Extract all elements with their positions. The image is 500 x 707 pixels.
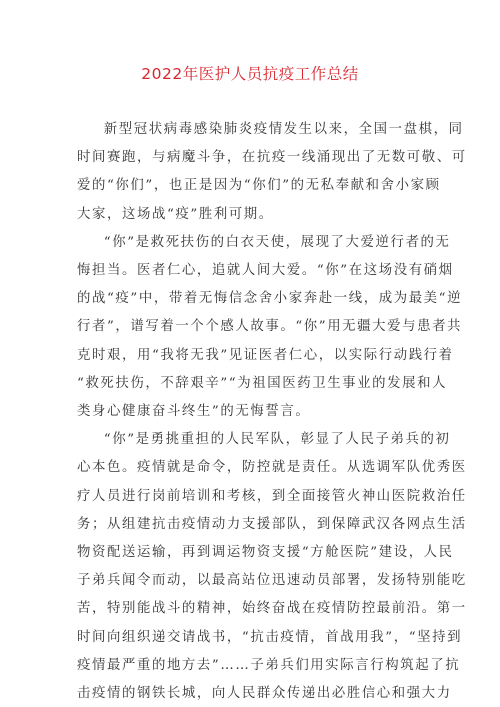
- text-line: 类身心健康奋斗终生”的无悔誓言。: [77, 398, 423, 426]
- text-line: 行者”，谱写着一个个感人故事。“你”用无疆大爱与患者共: [77, 313, 423, 341]
- text-line: 务；从组建抗击疫情动力支援部队，到保障武汉各网点生活: [77, 511, 423, 539]
- text-line: 疫情最严重的地方去”……子弟兵们用实际言行构筑起了抗: [77, 652, 423, 680]
- text-line: 疗人员进行岗前培训和考核，到全面接管火神山医院救治任: [77, 483, 423, 511]
- text-line: “你”是救死扶伤的白衣天使，展现了大爱逆行者的无: [77, 229, 423, 257]
- document-title: 2022年医护人员抗疫工作总结: [0, 63, 500, 85]
- text-line: 爱的“你们”，也正是因为“你们”的无私奉献和舍小家顾: [77, 172, 423, 200]
- text-line: 苦，特别能战斗的精神，始终奋战在疫情防控最前沿。第一: [77, 595, 423, 623]
- paragraph-medical-staff: “你”是救死扶伤的白衣天使，展现了大爱逆行者的无 悔担当。医者仁心，追就人间大爱…: [77, 229, 423, 426]
- text-line: 击疫情的钢铁长城，向人民群众传递出必胜信心和强大力: [77, 680, 423, 707]
- text-line: 克时艰，用“我将无我”见证医者仁心，以实际行动践行着: [77, 342, 423, 370]
- text-line: 的战“疫”中，带着无悔信念舍小家奔赴一线，成为最美“逆: [77, 285, 423, 313]
- text-line: 心本色。疫情就是命令，防控就是责任。从选调军队优秀医: [77, 454, 423, 482]
- text-line: 物资配送运输，再到调运物资支援“方舱医院”建设，人民: [77, 539, 423, 567]
- text-line: 新型冠状病毒感染肺炎疫情发生以来，全国一盘棋，同: [77, 116, 423, 144]
- text-line: 子弟兵闻令而动，以最高站位迅速动员部署，发扬特别能吃: [77, 567, 423, 595]
- text-line: 时间赛跑，与病魔斗争，在抗疫一线涌现出了无数可敬、可: [77, 144, 423, 172]
- text-line: 悔担当。医者仁心，追就人间大爱。“你”在这场没有硝烟: [77, 257, 423, 285]
- text-line: 时间向组织递交请战书，“抗击疫情，首战用我”，“坚持到: [77, 624, 423, 652]
- document-page: 2022年医护人员抗疫工作总结 新型冠状病毒感染肺炎疫情发生以来，全国一盘棋，同…: [0, 0, 500, 707]
- document-body: 新型冠状病毒感染肺炎疫情发生以来，全国一盘棋，同 时间赛跑，与病魔斗争，在抗疫一…: [77, 116, 423, 707]
- text-line: 大家，这场战“疫”胜利可期。: [77, 201, 423, 229]
- paragraph-army: “你”是勇挑重担的人民军队，彰显了人民子弟兵的初 心本色。疫情就是命令，防控就是…: [77, 426, 423, 707]
- text-line: “救死扶伤，不辞艰辛”“为祖国医药卫生事业的发展和人: [77, 370, 423, 398]
- paragraph-intro: 新型冠状病毒感染肺炎疫情发生以来，全国一盘棋，同 时间赛跑，与病魔斗争，在抗疫一…: [77, 116, 423, 229]
- text-line: “你”是勇挑重担的人民军队，彰显了人民子弟兵的初: [77, 426, 423, 454]
